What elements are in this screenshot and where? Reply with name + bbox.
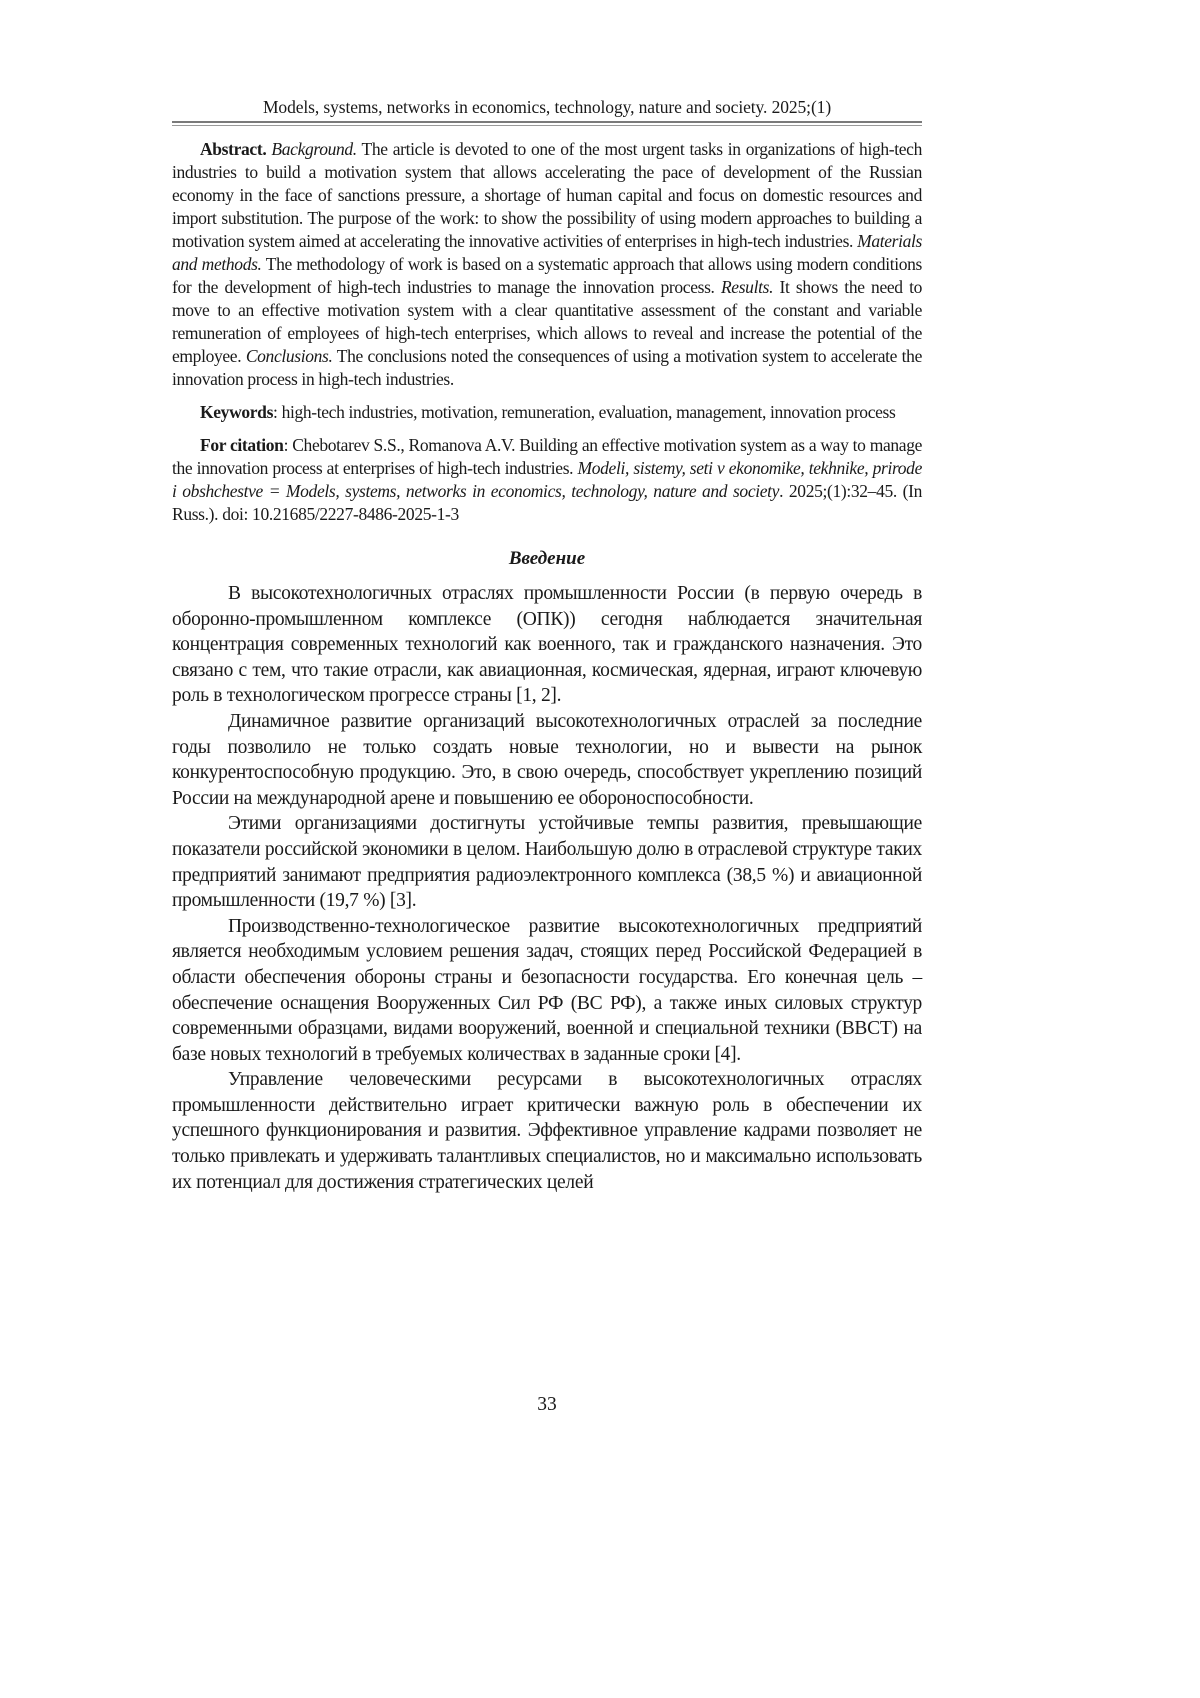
citation-label: For citation	[200, 435, 284, 455]
body-paragraph: Управление человеческими ресурсами в выс…	[172, 1067, 922, 1195]
page-number: 33	[172, 1394, 922, 1416]
body-paragraph: Этими организациями достигнуты устойчивы…	[172, 811, 922, 913]
keywords-paragraph: Keywords: high-tech industries, motivati…	[172, 401, 922, 424]
header-rule	[172, 121, 922, 126]
abstract-label: Abstract.	[200, 139, 266, 159]
body-text: В высокотехнологичных отраслях промышлен…	[172, 581, 922, 1195]
abstract-block: Abstract. Background. The article is dev…	[172, 138, 922, 526]
citation-paragraph: For citation: Chebotarev S.S., Romanova …	[172, 434, 922, 526]
running-head: Models, systems, networks in economics, …	[172, 96, 922, 118]
keywords-text: : high-tech industries, motivation, remu…	[273, 402, 895, 422]
body-paragraph: Производственно-технологическое развитие…	[172, 914, 922, 1068]
section-title: Введение	[172, 546, 922, 572]
abstract-paragraph: Abstract. Background. The article is dev…	[172, 138, 922, 391]
body-paragraph: В высокотехнологичных отраслях промышлен…	[172, 581, 922, 709]
background-label: Background.	[271, 139, 356, 159]
keywords-label: Keywords	[200, 402, 273, 422]
conclusions-label: Conclusions.	[246, 346, 333, 366]
results-label: Results.	[721, 277, 773, 297]
page: Models, systems, networks in economics, …	[172, 96, 922, 1195]
body-paragraph: Динамичное развитие организаций высокоте…	[172, 709, 922, 811]
